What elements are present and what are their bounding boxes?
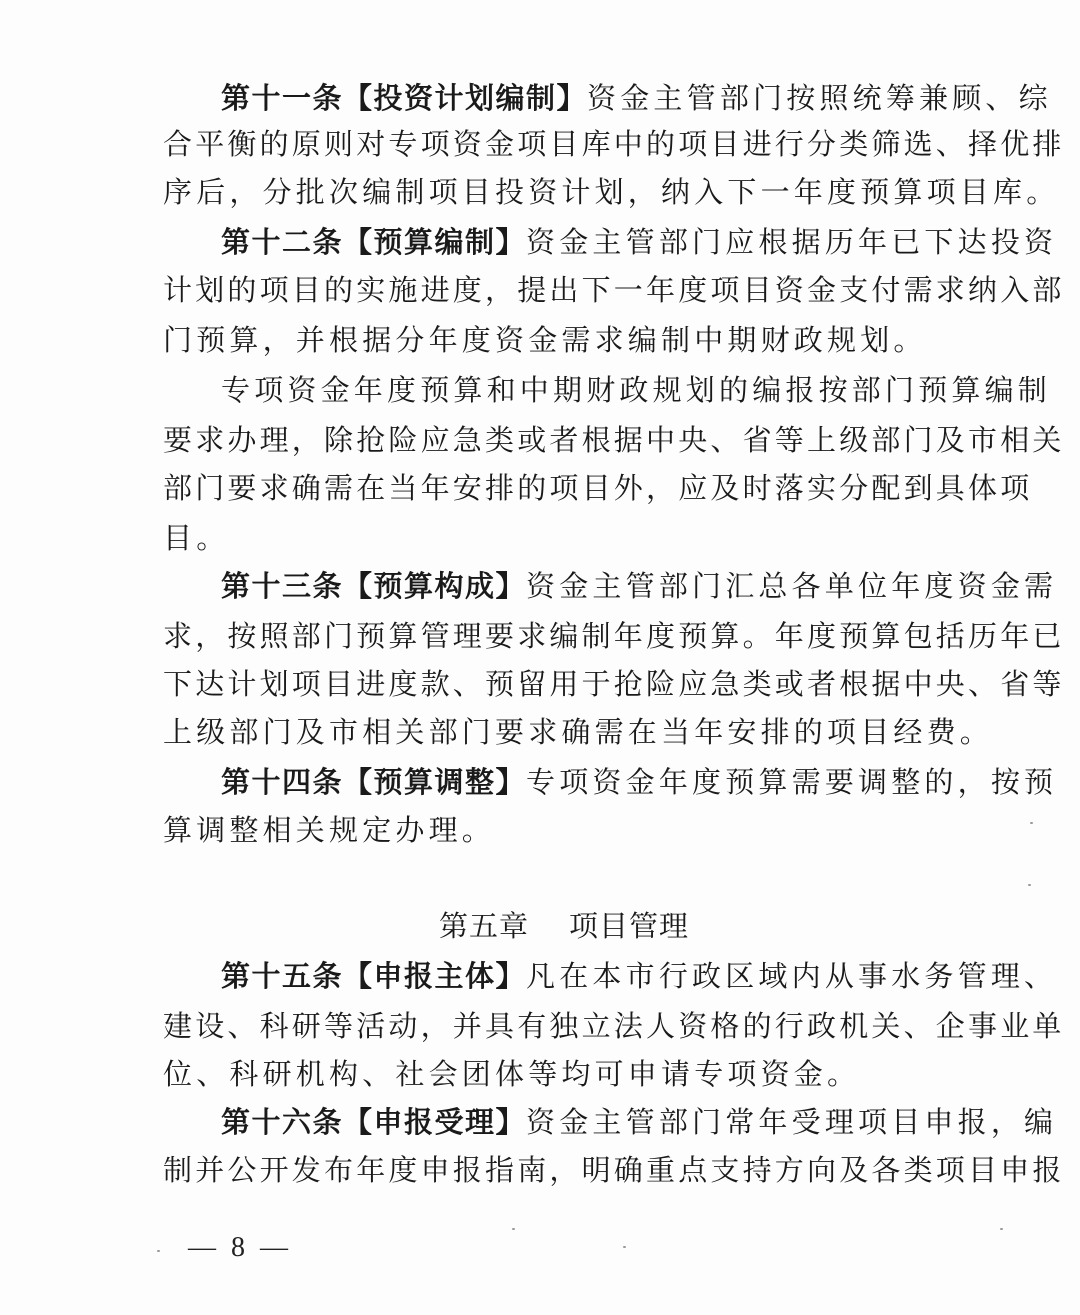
- article-12-line-3: 门预算，并根据分年度资金需求编制中期财政规划。: [163, 316, 963, 364]
- article-heading: 第十二条【预算编制】: [221, 225, 526, 259]
- article-15-line-3: 位、科研机构、社会团体等均可申请专项资金。: [163, 1050, 963, 1098]
- scan-speck: [1028, 884, 1031, 886]
- scan-speck: [1000, 1228, 1003, 1230]
- article-11-line-1: 第十一条【投资计划编制】资金主管部门按照统筹兼顾、综: [221, 74, 963, 122]
- document-page: 第十一条【投资计划编制】资金主管部门按照统筹兼顾、综 合平衡的原则对专项资金项目…: [0, 0, 1080, 1315]
- article-13-line-3: 下达计划项目进度款、预留用于抢险应急类或者根据中央、省等: [163, 660, 963, 708]
- article-16-line-1: 第十六条【申报受理】资金主管部门常年受理项目申报，编: [221, 1098, 963, 1146]
- paragraph-line-4: 目。: [163, 514, 963, 562]
- article-16-line-2: 制并公开发布年度申报指南，明确重点支持方向及各类项目申报: [163, 1146, 963, 1194]
- article-11-line-3: 序后，分批次编制项目投资计划，纳入下一年度预算项目库。: [163, 168, 963, 216]
- article-text: 凡在本市行政区域内从事水务管理、: [526, 959, 1057, 993]
- article-heading: 第十三条【预算构成】: [221, 569, 526, 603]
- article-15-line-1: 第十五条【申报主体】凡在本市行政区域内从事水务管理、: [221, 952, 963, 1000]
- article-12-line-1: 第十二条【预算编制】资金主管部门应根据历年已下达投资: [221, 218, 963, 266]
- article-15-line-2: 建设、科研等活动，并具有独立法人资格的行政机关、企事业单: [163, 1002, 963, 1050]
- scan-speck: [157, 1250, 160, 1252]
- article-13-line-4: 上级部门及市相关部门要求确需在当年安排的项目经费。: [163, 708, 963, 756]
- scan-speck: [623, 1246, 626, 1248]
- article-text: 资金主管部门汇总各单位年度资金需: [526, 569, 1057, 603]
- article-heading: 第十四条【预算调整】: [221, 765, 526, 799]
- article-12-line-2: 计划的项目的实施进度，提出下一年度项目资金支付需求纳入部: [163, 266, 963, 314]
- scan-speck: [512, 1228, 515, 1230]
- article-text: 专项资金年度预算需要调整的，按预: [526, 765, 1057, 799]
- paragraph-line-2: 要求办理，除抢险应急类或者根据中央、省等上级部门及市相关: [163, 416, 963, 464]
- page-number: — 8 —: [188, 1232, 292, 1264]
- article-heading: 第十五条【申报主体】: [221, 959, 526, 993]
- article-14-line-1: 第十四条【预算调整】专项资金年度预算需要调整的，按预: [221, 758, 963, 806]
- chapter-number: 第五章: [439, 909, 529, 943]
- article-13-line-1: 第十三条【预算构成】资金主管部门汇总各单位年度资金需: [221, 562, 963, 610]
- article-13-line-2: 求，按照部门预算管理要求编制年度预算。年度预算包括历年已: [163, 612, 963, 660]
- chapter-title: 项目管理: [569, 909, 689, 943]
- article-text: 资金主管部门应根据历年已下达投资: [526, 225, 1057, 259]
- article-text: 资金主管部门常年受理项目申报，编: [526, 1105, 1057, 1139]
- article-11-line-2: 合平衡的原则对专项资金项目库中的项目进行分类筛选、择优排: [163, 120, 963, 168]
- article-heading: 第十六条【申报受理】: [221, 1105, 526, 1139]
- paragraph-line-3: 部门要求确需在当年安排的项目外，应及时落实分配到具体项: [163, 464, 963, 512]
- article-heading: 第十一条【投资计划编制】: [221, 81, 587, 115]
- article-text: 资金主管部门按照统筹兼顾、综: [587, 81, 1052, 115]
- article-14-line-2: 算调整相关规定办理。: [163, 806, 963, 854]
- paragraph-line-1: 专项资金年度预算和中期财政规划的编报按部门预算编制: [221, 366, 963, 414]
- scan-speck: [1030, 822, 1033, 824]
- chapter-heading: 第五章项目管理: [0, 902, 1080, 950]
